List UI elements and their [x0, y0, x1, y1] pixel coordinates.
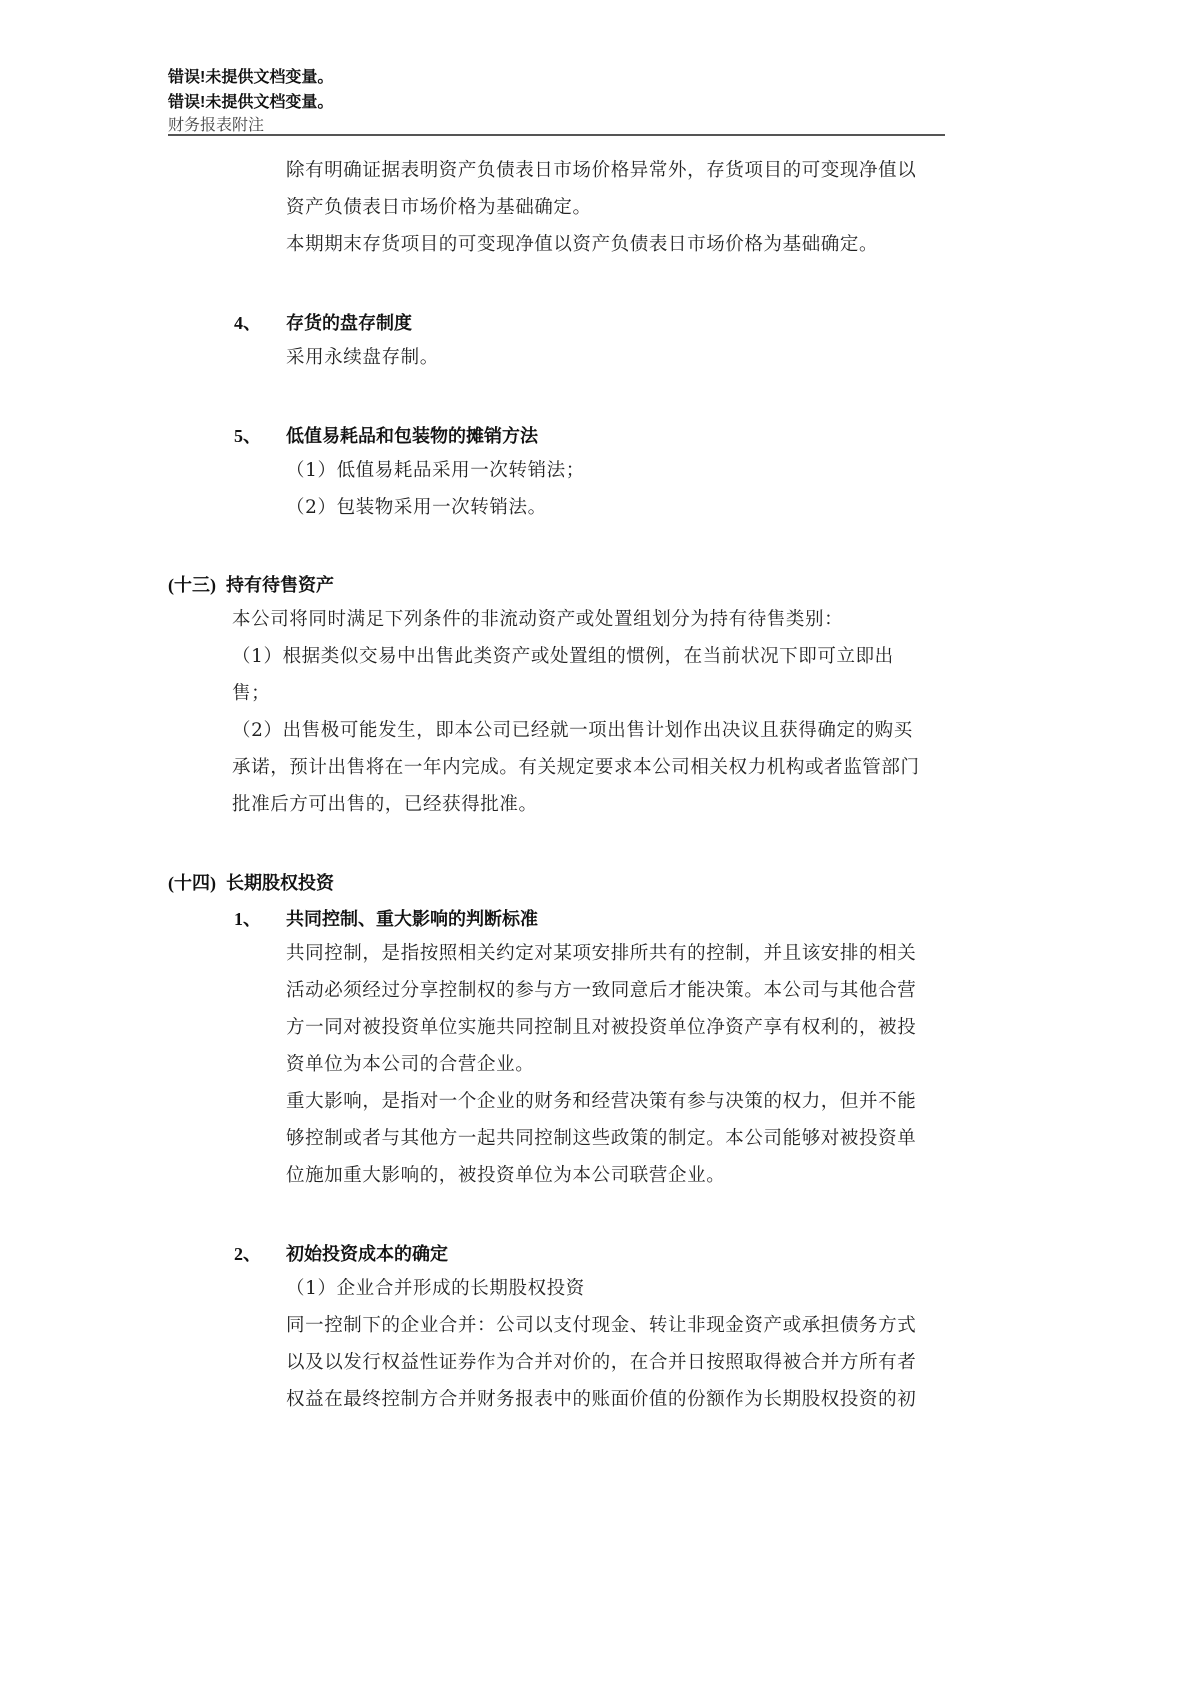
body-line: 承诺，预计出售将在一年内完成。有关规定要求本公司相关权力机构或者监管部门 [232, 749, 920, 786]
body-line: 本公司将同时满足下列条件的非流动资产或处置组划分为持有待售类别： [232, 601, 843, 638]
body-line: （2）出售极可能发生，即本公司已经就一项出售计划作出决议且获得确定的购买 [232, 712, 913, 749]
item-number: 2、 [234, 1240, 261, 1266]
body-line: 权益在最终控制方合并财务报表中的账面价值的份额作为长期股权投资的初 [286, 1381, 916, 1418]
body-line: （1）根据类似交易中出售此类资产或处置组的惯例，在当前状况下即可立即出 [232, 638, 894, 675]
body-line: 采用永续盘存制。 [286, 339, 439, 376]
item-number: 4、 [234, 309, 261, 335]
body-line: （1）企业合并形成的长期股权投资 [286, 1270, 585, 1307]
section-number: (十四) [168, 869, 216, 895]
item-number: 1、 [234, 905, 261, 931]
item-heading: 存货的盘存制度 [286, 309, 412, 335]
header-section-title: 财务报表附注 [168, 112, 264, 135]
body-line: （1）低值易耗品采用一次转销法； [286, 452, 585, 489]
body-line: 资单位为本公司的合营企业。 [286, 1046, 534, 1083]
body-line: 本期期末存货项目的可变现净值以资产负债表日市场价格为基础确定。 [286, 226, 878, 263]
body-line: 售； [232, 675, 270, 712]
header-doc-variable-error-2: 错误!未提供文档变量。 [168, 89, 333, 112]
body-line: 同一控制下的企业合并：公司以支付现金、转让非现金资产或承担债务方式 [286, 1307, 916, 1344]
body-line: 资产负债表日市场价格为基础确定。 [286, 189, 592, 226]
body-line: 除有明确证据表明资产负债表日市场价格异常外，存货项目的可变现净值以 [286, 152, 916, 189]
body-line: 位施加重大影响的，被投资单位为本公司联营企业。 [286, 1157, 725, 1194]
body-line: 够控制或者与其他方一起共同控制这些政策的制定。本公司能够对被投资单 [286, 1120, 916, 1157]
body-line: （2）包装物采用一次转销法。 [286, 489, 547, 526]
section-heading: 长期股权投资 [226, 869, 334, 895]
item-heading: 初始投资成本的确定 [286, 1240, 448, 1266]
header-doc-variable-error-1: 错误!未提供文档变量。 [168, 64, 333, 87]
body-line: 以及以发行权益性证券作为合并对价的，在合并日按照取得被合并方所有者 [286, 1344, 916, 1381]
section-number: (十三) [168, 571, 216, 597]
header-rule [168, 134, 945, 136]
body-line: 方一同对被投资单位实施共同控制且对被投资单位净资产享有权利的，被投 [286, 1009, 916, 1046]
body-line: 批准后方可出售的，已经获得批准。 [232, 786, 538, 823]
body-line: 活动必须经过分享控制权的参与方一致同意后才能决策。本公司与其他合营 [286, 972, 916, 1009]
item-number: 5、 [234, 422, 261, 448]
item-heading: 共同控制、重大影响的判断标准 [286, 905, 538, 931]
body-line: 重大影响，是指对一个企业的财务和经营决策有参与决策的权力，但并不能 [286, 1083, 916, 1120]
item-heading: 低值易耗品和包装物的摊销方法 [286, 422, 538, 448]
section-heading: 持有待售资产 [226, 571, 334, 597]
body-line: 共同控制，是指按照相关约定对某项安排所共有的控制，并且该安排的相关 [286, 935, 916, 972]
